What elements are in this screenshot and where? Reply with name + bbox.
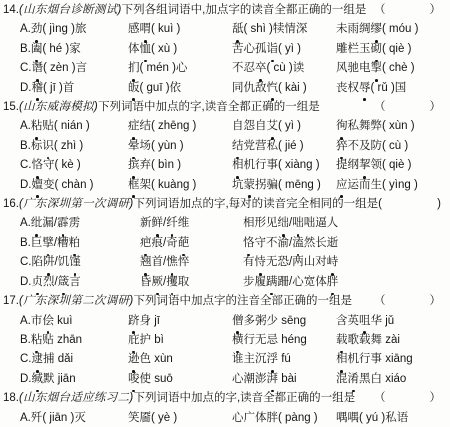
option-row: A.市侩 kuì跻身 jī僧多粥少 sēng含英咀华 jǔ [0,312,450,331]
option-row: C.恪守( kè )摈弃( bìn )相机行事( xiàng )提纲挈领( qi… [0,156,450,175]
option-label: A. [20,217,31,229]
word-item: 翘首/憔悴 [140,253,243,272]
option-label: A. [20,120,31,132]
dotted-char: 粘 [31,117,43,136]
dotted-char: 恪 [32,156,44,175]
answer-bracket-open: ( [378,195,382,214]
word-item: 雕栏玉砌( qiè ) [336,40,450,59]
option-label: C. [20,353,32,365]
word-item: 苦心孤诣( yì ) [232,40,336,59]
dotted-char: 阱 [43,253,55,272]
options-list: A.劲( jìng )旅感喟( kuì )舐( shì )犊情深未雨绸缪( mó… [0,20,450,98]
dotted-char: 贞 [32,273,44,292]
dotted-char: 憔 [166,253,178,272]
question-source: (山东烟台适应练习二) [19,389,133,408]
question-18: 18.(山东烟台适应练习二)下列词语中加点的字,读音全都正确的一组是 （） A.… [0,389,450,427]
word-item: 步履蹒跚/心宽体胖 [243,273,450,292]
dotted-char: 霹 [57,214,69,233]
answer-bracket-open: （ [374,292,386,311]
option-label: B. [20,43,31,55]
word-item: 不忍卒( cù )读 [232,59,336,78]
option-label: B. [20,237,31,249]
dotted-char: 湃 [267,370,279,389]
word-item: 应运而生( yìng ) [336,176,450,195]
question-16: 16.(广东深圳第一次调研)下列词语加点的字,每对的读音完全相同的一组是 () … [0,195,450,292]
dotted-char: 歼 [31,409,43,427]
dotted-char: 胖 [267,409,279,427]
dotted-char: 舐 [232,20,244,39]
dotted-char: 缪 [371,20,383,39]
word-item: 徇私舞弊( xùn ) [336,117,450,136]
word-item: 症结( zhēng ) [128,117,232,136]
dotted-char: 僧 [232,312,244,331]
dotted-char: 摈 [128,156,140,175]
answer-bracket-close: ） [430,98,442,117]
option-label: D. [20,179,32,191]
dotted-char: 擘 [42,234,54,253]
dotted-char: 掣 [371,59,383,78]
word-item: 唆使 suō [128,370,232,389]
option-label: C. [20,62,32,74]
dotted-char: 咀 [359,312,371,331]
answer-bracket-close: ） [430,1,442,20]
dotted-char: 攫 [166,273,178,292]
word-item: 未雨绸缪( móu ) [336,20,450,39]
question-number: 18. [3,389,19,408]
word-item: 同仇敌忾( kài ) [232,79,336,98]
option-row: A.纰漏/霹雳新鲜/纤维相形见绌/咄咄逼人 [0,214,450,233]
option-row: D.贞烈/箴言昏厥/攫取步履蹒跚/心宽体胖 [0,273,450,292]
dotted-char: 结 [232,137,244,156]
word-item: A.劲( jìng )旅 [20,20,128,39]
option-row: C.谮( zèn )言扪( mén )心不忍卒( cù )读风驰电掣( chè … [0,59,450,78]
word-item: 丧权辱( rǔ )国 [336,79,450,98]
dotted-char: 症 [128,117,140,136]
dotted-char: 胖 [327,273,339,292]
option-row: B.标识( zhì )晕场( yùn )结党营私( jié )猝不及防( cù … [0,137,450,156]
question-stem: 15.(山东威海模拟)下列词语中加点的字,读音全都正确的一组是 （） [0,98,450,117]
dotted-char: 艾 [267,117,279,136]
dotted-char: 淆 [348,370,360,389]
dotted-char: 辱 [359,79,371,98]
word-item: 僧多粥少 sēng [232,312,336,331]
word-item: 含英咀华 jǔ [336,312,450,331]
dotted-char: 葩 [178,234,190,253]
dotted-char: 恃 [255,253,267,272]
word-item: 皈( guī )依 [128,79,232,98]
word-item: 框架( kuàng ) [128,176,232,195]
word-item: 跻身 jī [128,312,232,331]
word-item: B.粘贴 zhān [20,331,128,350]
option-label: B. [20,140,31,152]
word-item: 风驰电掣( chè ) [336,59,450,78]
word-item: 载歌载舞 zài [336,331,450,350]
question-number: 17. [3,292,19,311]
word-item: 坑蒙拐骗( mēng ) [232,176,336,195]
answer-bracket: （） [374,98,441,117]
word-item: B.巨擘/糟粕 [20,234,140,253]
word-item: 舐( shì )犊情深 [232,20,336,39]
dotted-char: 嬗 [32,176,44,195]
option-row: A.歼( jiān )灭笑靥( yè )心广体胖( pàng )喁喁( yú )… [0,409,450,427]
dotted-char: 喁 [336,409,348,427]
dotted-char: 唆 [128,370,140,389]
question-stem: 17.(广东深圳第二次调研)下列词语中加点字的注音全部正确的一组是 （） [0,292,450,311]
word-item: D.缄默 jiān [20,370,128,389]
word-item: C.陷阱/饥馑 [20,253,140,272]
answer-bracket: （） [374,1,441,20]
dotted-char: 皈 [128,79,140,98]
option-label: B. [20,334,31,346]
word-item: 相机行事 xiāng [336,350,450,369]
dotted-char: 逮 [32,350,44,369]
word-item: 横行无忌 héng [232,331,336,350]
answer-bracket-close: ） [430,292,442,311]
option-row: A.劲( jìng )旅感喟( kuì )舐( shì )犊情深未雨绸缪( mó… [0,20,450,39]
dotted-char: 相 [232,156,244,175]
answer-bracket-open: （ [374,98,386,117]
word-item: C.逮捕 dǎi [20,350,128,369]
dotted-char: 劲 [31,20,43,39]
option-label: A. [20,315,31,327]
dotted-char: 载 [336,331,348,350]
option-label: A. [20,23,31,35]
options-list: A.粘贴( nián )症结( zhēng )自怨自艾( yì )徇私舞弊( x… [0,117,450,195]
word-item: D.稽( jī )首 [20,79,128,98]
answer-bracket-open: （ [374,389,386,408]
answer-bracket: （） [374,389,441,408]
question-number: 15. [3,98,19,117]
word-item: 喁喁( yú )私语 [336,409,450,427]
word-item: 谁主沉浮 fú [232,350,336,369]
dotted-char: 溘 [292,234,304,253]
word-item: 自怨自艾( yì ) [232,117,336,136]
word-item: 恪守不渝/溘然长逝 [243,234,450,253]
exam-page: 14.(山东烟台诊断测试)下列各组词语中,加点字的读音全都正确的一组是 （） A… [0,0,450,427]
answer-bracket-open: （ [374,1,386,20]
dotted-char: 扪 [128,59,140,78]
option-label: C. [20,256,32,268]
word-item: 摈弃( bìn ) [128,156,232,175]
question-stem: 18.(山东烟台适应练习二)下列词语中加点的字,读音全都正确的一组是 （） [0,389,450,408]
dotted-char: 应 [336,176,348,195]
dotted-char: 砌 [371,40,383,59]
word-item: 相机行事( xiàng ) [232,156,336,175]
dotted-char: 诣 [267,40,279,59]
dotted-char: 厥 [152,273,164,292]
word-item: 有恃无恐/两山对峙 [243,253,450,272]
question-source: (广东深圳第二次调研) [19,292,133,311]
question-stem: 16.(广东深圳第一次调研)下列词语加点的字,每对的读音完全相同的一组是 () [0,195,450,214]
answer-bracket: （） [374,292,441,311]
word-item: C.谮( zèn )言 [20,59,128,78]
question-15: 15.(山东威海模拟)下列词语中加点的字,读音全都正确的一组是 （） A.粘贴(… [0,98,450,195]
word-item: 心潮澎湃 bài [232,370,336,389]
word-item: 扪( mén )心 [128,59,232,78]
question-stem-text: 下列词语中加点的字,读音全都正确的一组是 [98,98,320,117]
dotted-char: 粕 [69,234,81,253]
word-item: 感喟( kuì ) [128,20,232,39]
dotted-char: 阖 [31,40,43,59]
dotted-char: 浮 [267,350,279,369]
word-item: 晕场( yùn ) [128,137,232,156]
dotted-char: 疤 [140,234,152,253]
dotted-char: 靥 [140,409,152,427]
options-list: A.歼( jiān )灭笑靥( yè )心广体胖( pàng )喁喁( yú )… [0,409,450,427]
dotted-char: 挈 [359,156,371,175]
dotted-char: 喟 [140,20,152,39]
dotted-char: 侩 [42,312,54,331]
dotted-char: 蒙 [244,176,256,195]
word-item: A.市侩 kuì [20,312,128,331]
option-row: D.缄默 jiān唆使 suō心潮澎湃 bài混淆黑白 xiáo [0,370,450,389]
question-number: 14. [3,1,19,20]
word-item: 庇护 bì [128,331,232,350]
option-label: D. [20,373,32,385]
word-item: 体恤( xù ) [128,40,232,59]
option-row: B.粘贴 zhān庇护 bì横行无忌 héng载歌载舞 zài [0,331,450,350]
answer-bracket-close: ） [430,389,442,408]
word-item: D.贞烈/箴言 [20,273,140,292]
option-row: B.巨擘/糟粕疤痕/奇葩恪守不渝/溘然长逝 [0,234,450,253]
dotted-char: 徇 [336,117,348,136]
dotted-char: 箴 [58,273,70,292]
dotted-char: 鲜 [152,214,164,233]
word-item: 结党营私( jié ) [232,137,336,156]
question-17: 17.(广东深圳第二次调研)下列词语中加点字的注音全部正确的一组是 （） A.市… [0,292,450,389]
word-item: B.阖( hé )家 [20,40,128,59]
answer-bracket: () [378,195,441,214]
dotted-char: 逊 [128,350,140,369]
answer-bracket-close: ) [437,195,441,214]
word-item: 混淆黑白 xiáo [336,370,450,389]
word-item: A.歼( jiān )灭 [20,409,128,427]
dotted-char: 粘 [31,331,43,350]
question-source: (山东威海模拟) [19,98,98,117]
dotted-char: 纰 [31,214,43,233]
options-list: A.市侩 kuì跻身 jī僧多粥少 sēng含英咀华 jǔB.粘贴 zhān庇护… [0,312,450,390]
dotted-char: 缄 [32,370,44,389]
dotted-char: 翘 [140,253,152,272]
option-label: D. [20,276,32,288]
question-number: 16. [3,195,19,214]
word-item: 猝不及防( cù ) [336,137,450,156]
word-item: 提纲挈领( qiè ) [336,156,450,175]
word-item: A.粘贴( nián ) [20,117,128,136]
question-stem-text: 下列词语中加点字的注音全部正确的一组是 [133,292,352,311]
word-item: A.纰漏/霹雳 [20,214,140,233]
dotted-char: 忾 [267,79,279,98]
question-source: (山东烟台诊断测试) [19,1,122,20]
dotted-char: 恤 [140,40,152,59]
option-row: B.阖( hé )家体恤( xù )苦心孤诣( yì )雕栏玉砌( qiè ) [0,40,450,59]
dotted-char: 横 [232,331,244,350]
word-item: 逊色 xùn [128,350,232,369]
word-item: 昏厥/攫取 [140,273,243,292]
option-row: D.嬗变( chàn )框架( kuàng )坑蒙拐骗( mēng )应运而生(… [0,176,450,195]
word-item: 笑靥( yè ) [128,409,232,427]
dotted-char: 纤 [166,214,178,233]
word-item: 新鲜/纤维 [140,214,243,233]
word-item: 疤痕/奇葩 [140,234,243,253]
question-14: 14.(山东烟台诊断测试)下列各组词语中,加点字的读音全都正确的一组是 （） A… [0,1,450,98]
dotted-char: 绌 [278,214,290,233]
dotted-char: 蹒 [266,273,278,292]
dotted-char: 猝 [336,137,348,156]
dotted-char: 峙 [327,253,339,272]
dotted-char: 稽 [32,79,44,98]
options-list: A.纰漏/霹雳新鲜/纤维相形见绌/咄咄逼人B.巨擘/糟粕疤痕/奇葩恪守不渝/溘然… [0,214,450,292]
question-stem-text: 下列各组词语中,加点字的读音全都正确的一组是 [122,1,367,20]
dotted-char: 跻 [128,312,140,331]
dotted-char: 卒 [255,59,267,78]
word-item: C.恪守( kè ) [20,156,128,175]
dotted-char: 相 [336,350,348,369]
option-label: A. [20,412,31,424]
dotted-char: 咄 [292,214,304,233]
word-item: 心广体胖( pàng ) [232,409,336,427]
option-label: D. [20,82,32,94]
question-stem-text: 下列词语中加点的字,读音全都正确的一组是 [133,389,355,408]
option-row: C.陷阱/饥馑翘首/憔悴有恃无恐/两山对峙 [0,253,450,272]
option-row: C.逮捕 dǎi逊色 xùn谁主沉浮 fú相机行事 xiāng [0,350,450,369]
question-stem: 14.(山东烟台诊断测试)下列各组词语中,加点字的读音全都正确的一组是 （） [0,1,450,20]
option-row: A.粘贴( nián )症结( zhēng )自怨自艾( yì )徇私舞弊( x… [0,117,450,136]
word-item: D.嬗变( chàn ) [20,176,128,195]
word-item: 相形见绌/咄咄逼人 [243,214,450,233]
dotted-char: 馑 [69,253,81,272]
dotted-char: 晕 [128,137,140,156]
dotted-char: 恪 [243,234,255,253]
option-row: D.稽( jī )首皈( guī )依同仇敌忾( kài )丧权辱( rǔ )国 [0,79,450,98]
option-label: C. [20,159,32,171]
dotted-char: 识 [42,137,54,156]
dotted-char: 谮 [32,59,44,78]
dotted-char: 庇 [128,331,140,350]
dotted-char: 框 [128,176,140,195]
